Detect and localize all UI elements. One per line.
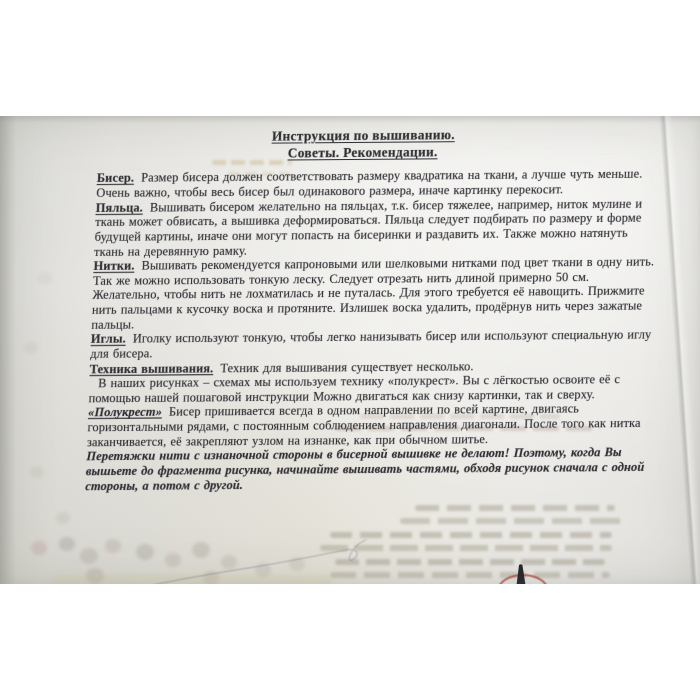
section-needles-text: Иголку используют тонкую, чтобы легко на…: [90, 328, 652, 361]
section-technique-note-text: В наших рисунках – схемах мы используем …: [88, 372, 620, 405]
section-threads-text: Вышивать рекомендуется капроновыми или ш…: [91, 255, 654, 332]
section-beads: Бисер.Размер бисера должен соответствова…: [96, 167, 659, 201]
section-technique-note: В наших рисунках – схемах мы используем …: [88, 372, 651, 406]
section-technique-label: Техника вышивания.: [90, 361, 214, 376]
document-body: Бисер.Размер бисера должен соответствова…: [85, 167, 659, 493]
section-hoop: Пяльца.Вышивать бисером желательно на пя…: [94, 196, 658, 259]
section-halfcross: «Полукрест»Бисер пришивается всегда в од…: [87, 401, 651, 449]
section-needles: Иглы.Иголку используют тонкую, чтобы лег…: [90, 328, 653, 362]
section-technique-text: Техник для вышивания существует нескольк…: [220, 359, 474, 375]
screenshot-canvas: { "colors": { "page-bg": "#ffffff", "pap…: [0, 0, 700, 700]
section-needles-label: Иглы.: [91, 332, 126, 346]
printed-text: Инструкция по вышиванию. Советы. Рекомен…: [0, 116, 700, 494]
section-hoop-label: Пяльца.: [96, 200, 144, 214]
section-warning: Перетяжки нити с изнаночной стороны в би…: [85, 445, 649, 493]
section-warning-text: Перетяжки нити с изнаночной стороны в би…: [85, 445, 645, 492]
document-title: Инструкция по вышиванию. Советы. Рекомен…: [0, 124, 700, 164]
bleed-through-text: [400, 518, 628, 524]
section-beads-label: Бисер.: [97, 171, 135, 185]
section-threads: Нитки.Вышивать рекомендуется капроновыми…: [91, 255, 656, 333]
pencil-scribble: [140, 524, 380, 584]
section-threads-label: Нитки.: [93, 259, 134, 273]
section-hoop-text: Вышивать бисером желательно на пяльцах, …: [94, 196, 643, 258]
section-halfcross-text: Бисер пришивается всегда в одном направл…: [87, 402, 641, 449]
bleed-through-text: [415, 505, 615, 511]
section-beads-text: Размер бисера должен соответствовать раз…: [96, 167, 643, 200]
section-halfcross-label: «Полукрест»: [88, 405, 162, 420]
paper-photo: Инструкция по вышиванию. Советы. Рекомен…: [0, 116, 700, 584]
